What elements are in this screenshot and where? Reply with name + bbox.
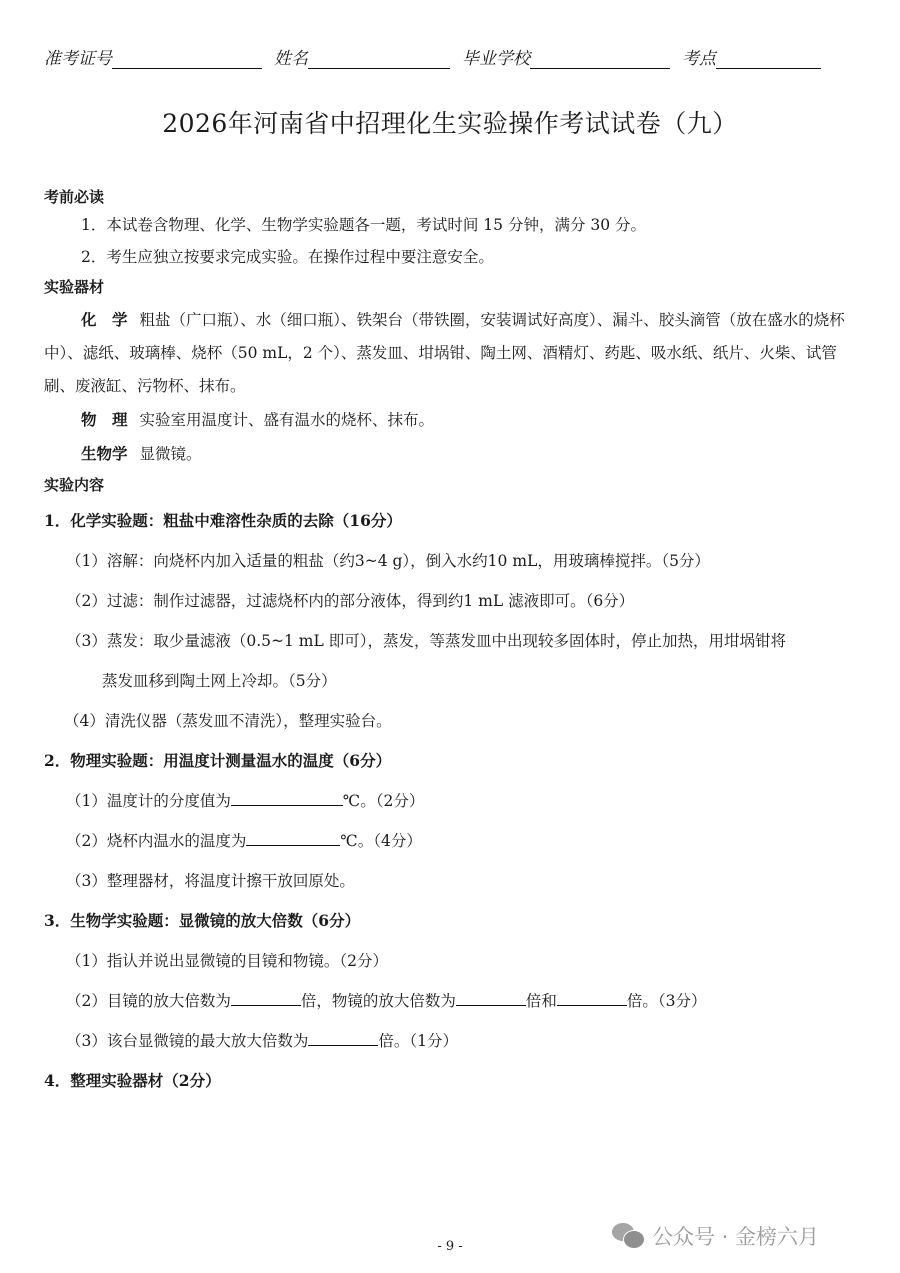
q2-item-1-suffix: ℃。（2分） xyxy=(343,792,424,810)
q3-item-2-text: 倍，物镜的放大倍数为 xyxy=(301,992,456,1010)
q3-item-3: （3）该台显微镜的最大放大倍数为倍。（1分） xyxy=(44,1021,864,1061)
q1-item: （2）过滤：制作过滤器，过滤烧杯内的部分液体，得到约1 mL 滤液即可。（6分） xyxy=(44,581,864,621)
max-mag-blank[interactable] xyxy=(308,1029,378,1046)
exam-body: 考前必读 1．本试卷含物理、化学、生物学实验题各一题，考试时间 15 分钟，满分… xyxy=(44,185,864,1101)
q2-item-2-text: （2）烧杯内温水的温度为 xyxy=(66,832,246,850)
q3-item-3-suffix: 倍。（1分） xyxy=(378,1032,458,1050)
exam-site-field[interactable] xyxy=(716,50,821,69)
q1-item: （3）蒸发：取少量滤液（0.5~1 mL 即可），蒸发，等蒸发皿中出现较多固体时… xyxy=(44,621,864,661)
exam-site-label: 考点 xyxy=(682,44,716,69)
chemistry-label: 化 学 xyxy=(81,310,128,329)
q2-item-1-text: （1）温度计的分度值为 xyxy=(66,792,231,810)
q1-item: （1）溶解：向烧杯内加入适量的粗盐（约3~4 g），倒入水约10 mL，用玻璃棒… xyxy=(44,541,864,581)
q3-item-2-suffix: 倍。（3分） xyxy=(627,992,707,1010)
physics-label: 物 理 xyxy=(81,410,128,429)
q2-item-2: （2）烧杯内温水的温度为℃。（4分） xyxy=(44,821,864,861)
objective-mag-blank-2[interactable] xyxy=(557,989,627,1006)
q2-item-2-suffix: ℃。（4分） xyxy=(340,832,421,850)
equipment-chemistry: 化 学粗盐（广口瓶）、水（细口瓶）、铁架台（带铁圈，安装调试好高度）、漏斗、胶头… xyxy=(44,303,864,403)
candidate-info-fields: 准考证号 姓名 毕业学校 考点 xyxy=(44,44,862,69)
equipment-biology: 生物学显微镜。 xyxy=(44,437,864,471)
q2-item-1: （1）温度计的分度值为℃。（2分） xyxy=(44,781,864,821)
q1-item: （4）清洗仪器（蒸发皿不清洗），整理实验台。 xyxy=(44,701,864,741)
question-3-title: 3．生物学实验题：显微镜的放大倍数（6分） xyxy=(44,901,864,941)
content-heading: 实验内容 xyxy=(44,473,864,497)
q1-item-cont: 蒸发皿移到陶土网上冷却。（5分） xyxy=(44,661,864,701)
page-number: - 9 - xyxy=(0,1239,900,1254)
school-label: 毕业学校 xyxy=(462,44,530,69)
q3-item-2-text: 倍和 xyxy=(526,992,557,1010)
notice-heading: 考前必读 xyxy=(44,185,864,209)
school-field[interactable] xyxy=(530,50,670,69)
exam-id-field[interactable] xyxy=(112,50,262,69)
physics-text: 实验室用温度计、盛有温水的烧杯、抹布。 xyxy=(140,411,435,429)
name-label: 姓名 xyxy=(274,44,308,69)
q3-item-2-text: （2）目镜的放大倍数为 xyxy=(66,992,231,1010)
water-temp-blank[interactable] xyxy=(246,829,340,846)
q2-item-3: （3）整理器材，将温度计擦干放回原处。 xyxy=(44,861,864,901)
notice-item: 1．本试卷含物理、化学、生物学实验题各一题，考试时间 15 分钟，满分 30 分… xyxy=(44,209,864,241)
objective-mag-blank-1[interactable] xyxy=(456,989,526,1006)
name-field[interactable] xyxy=(308,50,450,69)
exam-id-label: 准考证号 xyxy=(44,44,112,69)
q3-item-1: （1）指认并说出显微镜的目镜和物镜。（2分） xyxy=(44,941,864,981)
equipment-heading: 实验器材 xyxy=(44,275,864,299)
question-2-title: 2．物理实验题：用温度计测量温水的温度（6分） xyxy=(44,741,864,781)
equipment-physics: 物 理实验室用温度计、盛有温水的烧杯、抹布。 xyxy=(44,403,864,437)
page-title: 2026年河南省中招理化生实验操作考试试卷（九） xyxy=(0,104,900,140)
question-4-title: 4．整理实验器材（2分） xyxy=(44,1061,864,1101)
question-1-title: 1．化学实验题：粗盐中难溶性杂质的去除（16分） xyxy=(44,501,864,541)
chemistry-text: 粗盐（广口瓶）、水（细口瓶）、铁架台（带铁圈，安装调试好高度）、漏斗、胶头滴管（… xyxy=(44,311,845,395)
eyepiece-mag-blank[interactable] xyxy=(231,989,301,1006)
biology-text: 显微镜。 xyxy=(140,445,202,463)
q3-item-2: （2）目镜的放大倍数为倍，物镜的放大倍数为倍和倍。（3分） xyxy=(44,981,864,1021)
q3-item-3-text: （3）该台显微镜的最大放大倍数为 xyxy=(66,1032,308,1050)
biology-label: 生物学 xyxy=(81,444,128,463)
notice-item: 2．考生应独立按要求完成实验。在操作过程中要注意安全。 xyxy=(44,241,864,273)
division-value-blank[interactable] xyxy=(231,789,343,806)
